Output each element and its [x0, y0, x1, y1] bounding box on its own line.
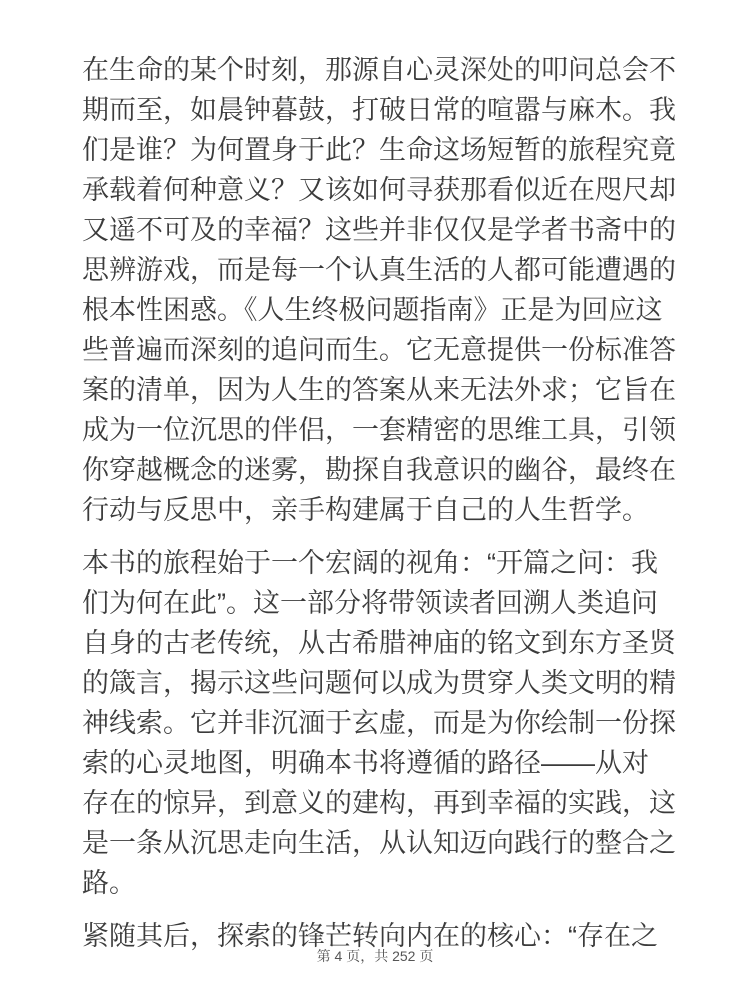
text-line: 行动与反思中，亲手构建属于自己的人生哲学。 [82, 490, 682, 530]
text-line: 承载着何种意义？又该如何寻获那看似近在咫尺却 [82, 170, 682, 210]
text-line: 成为一位沉思的伴侣，一套精密的思维工具，引领 [82, 410, 682, 450]
text-line: 又遥不可及的幸福？这些并非仅仅是学者书斋中的 [82, 210, 682, 250]
document-page: 在生命的某个时刻，那源自心灵深处的叩问总会不期而至，如晨钟暮鼓，打破日常的喧嚣与… [0, 0, 750, 1000]
text-line: 思辨游戏，而是每一个认真生活的人都可能遭遇的 [82, 250, 682, 290]
text-line: 本书的旅程始于一个宏阔的视角：“开篇之问：我 [82, 543, 682, 583]
text-line: 索的心灵地图，明确本书将遵循的路径——从对 [82, 743, 682, 783]
text-line: 你穿越概念的迷雾，勘探自我意识的幽谷，最终在 [82, 450, 682, 490]
text-line: 是一条从沉思走向生活，从认知迈向践行的整合之 [82, 823, 682, 863]
text-line: 的箴言，揭示这些问题何以成为贯穿人类文明的精 [82, 663, 682, 703]
paragraph: 在生命的某个时刻，那源自心灵深处的叩问总会不期而至，如晨钟暮鼓，打破日常的喧嚣与… [82, 50, 682, 530]
document-body: 在生命的某个时刻，那源自心灵深处的叩问总会不期而至，如晨钟暮鼓，打破日常的喧嚣与… [82, 50, 682, 969]
text-line: 在生命的某个时刻，那源自心灵深处的叩问总会不 [82, 50, 682, 90]
text-line: 根本性困惑。《人生终极问题指南》正是为回应这 [82, 290, 682, 330]
text-line: 期而至，如晨钟暮鼓，打破日常的喧嚣与麻木。我 [82, 90, 682, 130]
text-line: 们为何在此”。这一部分将带领读者回溯人类追问 [82, 583, 682, 623]
text-line: 些普遍而深刻的追问而生。它无意提供一份标准答 [82, 330, 682, 370]
paragraph: 本书的旅程始于一个宏阔的视角：“开篇之问：我们为何在此”。这一部分将带领读者回溯… [82, 543, 682, 903]
text-line: 们是谁？为何置身于此？生命这场短暂的旅程究竟 [82, 130, 682, 170]
text-line: 自身的古老传统，从古希腊神庙的铭文到东方圣贤 [82, 623, 682, 663]
text-line: 神线索。它并非沉湎于玄虚，而是为你绘制一份探 [82, 703, 682, 743]
text-line: 案的清单，因为人生的答案从来无法外求；它旨在 [82, 370, 682, 410]
text-line: 路。 [82, 863, 682, 903]
text-line: 存在的惊异，到意义的建构，再到幸福的实践，这 [82, 783, 682, 823]
page-number-footer: 第 4 页，共 252 页 [0, 947, 750, 965]
